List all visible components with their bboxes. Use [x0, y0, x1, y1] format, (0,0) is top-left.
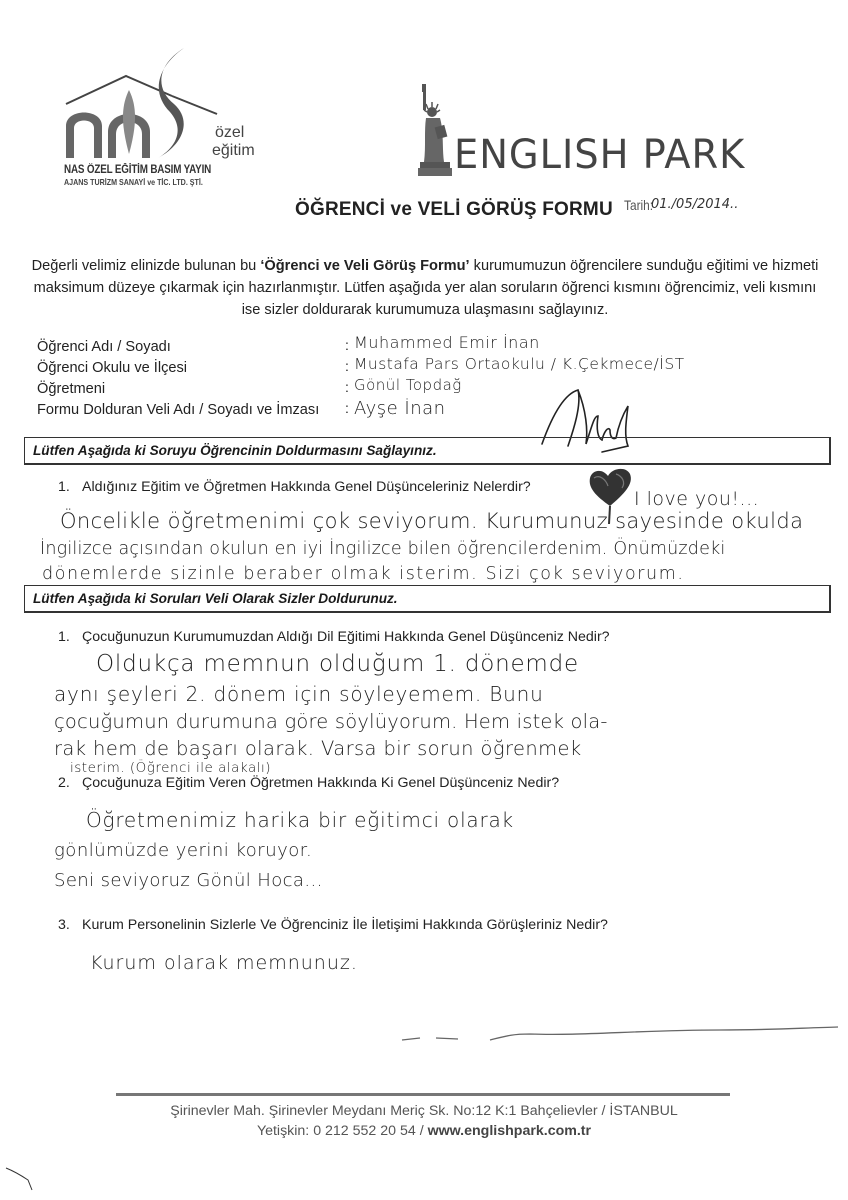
parent-q1-answer-line-5[interactable]: isterim. (Öğrenci ile alakalı) [70, 760, 271, 776]
parent-q2-answer-line-3[interactable]: Seni seviyoruz Gönül Hoca... [54, 870, 323, 891]
footer-divider [116, 1093, 730, 1096]
colon: : [345, 400, 349, 416]
parent-question-2: 2.Çocuğunuza Eğitim Veren Öğretmen Hakkı… [58, 775, 559, 791]
colon: : [345, 358, 349, 374]
question-text: Çocuğunuza Eğitim Veren Öğretmen Hakkınd… [82, 775, 559, 791]
parent-name-value[interactable]: Ayşe İnan [354, 398, 446, 419]
nas-house-icon [62, 46, 232, 166]
student-answer-line-1[interactable]: Öncelikle öğretmenimi çok seviyorum. Kur… [60, 509, 803, 533]
student-note: I love you!... [634, 488, 759, 510]
nas-tag-ozel: özel [215, 124, 244, 142]
student-school-label: Öğrenci Okulu ve İlçesi [37, 360, 187, 376]
date-label: Tarih: [624, 197, 653, 213]
statue-of-liberty-icon [418, 82, 458, 182]
student-answer-line-3[interactable]: dönemlerde sizinle beraber olmak isterim… [42, 564, 685, 584]
colon: : [345, 379, 349, 395]
question-text: Aldığınız Eğitim ve Öğretmen Hakkında Ge… [82, 479, 531, 495]
date-value: 01./05/2014.. [651, 197, 738, 212]
parent-question-3: 3.Kurum Personelinin Sizlerle Ve Öğrenci… [58, 917, 608, 933]
parent-q1-answer-line-4[interactable]: rak hem de başarı olarak. Varsa bir soru… [54, 737, 582, 760]
teacher-value[interactable]: Gönül Topdağ [354, 376, 462, 394]
question-text: Kurum Personelinin Sizlerle Ve Öğrencini… [82, 917, 608, 933]
student-question-1: 1.Aldığınız Eğitim ve Öğretmen Hakkında … [58, 479, 531, 495]
parent-q1-answer-line-1[interactable]: Oldukça memnun olduğum 1. dönemde [96, 651, 579, 677]
student-name-value[interactable]: Muhammed Emir İnan [354, 333, 540, 352]
intro-text-start: Değerli velimiz elinizde bulunan bu [32, 258, 261, 274]
student-section-heading: Lütfen Aşağıda ki Soruyu Öğrencinin Dold… [33, 443, 437, 458]
nas-company-name: NAS ÖZEL EĞİTİM BASIM YAYIN [64, 163, 211, 176]
parent-section-heading: Lütfen Aşağıda ki Soruları Veli Olarak S… [33, 591, 398, 606]
footer-website-link[interactable]: www.englishpark.com.tr [428, 1123, 591, 1139]
intro-form-name: ‘Öğrenci ve Veli Görüş Formu’ [260, 258, 469, 274]
form-title: ÖĞRENCİ ve VELİ GÖRÜŞ FORMU [295, 199, 613, 221]
parent-section-header: Lütfen Aşağıda ki Soruları Veli Olarak S… [24, 585, 831, 613]
student-name-label: Öğrenci Adı / Soyadı [37, 339, 171, 355]
english-park-wordmark: ENGLISH PARK [454, 132, 745, 178]
footer-address: Şirinevler Mah. Şirinevler Meydanı Meriç… [0, 1103, 848, 1119]
question-number: 2. [58, 775, 82, 791]
date-field[interactable]: Tarih: 01./05/2014.. [624, 197, 658, 215]
parent-q1-answer-line-2[interactable]: aynı şeyleri 2. dönem için söyleyemem. B… [54, 682, 544, 706]
footer-contact: Yetişkin: 0 212 552 20 54 / www.englishp… [0, 1123, 848, 1139]
nas-logo: özel eğitim NAS ÖZEL EĞİTİM BASIM YAYIN … [62, 46, 232, 181]
student-section-header: Lütfen Aşağıda ki Soruyu Öğrencinin Dold… [24, 437, 831, 465]
question-number: 1. [58, 629, 82, 645]
question-number: 1. [58, 479, 82, 495]
parent-name-signature-label: Formu Dolduran Veli Adı / Soyadı ve İmza… [37, 402, 319, 418]
question-text: Çocuğunuzun Kurumumuzdan Aldığı Dil Eğit… [82, 629, 610, 645]
english-park-logo: ENGLISH PARK [418, 82, 758, 187]
teacher-label: Öğretmeni [37, 381, 105, 397]
question-number: 3. [58, 917, 82, 933]
parent-q2-answer-line-1[interactable]: Öğretmenimiz harika bir eğitimci olarak [86, 808, 514, 832]
parent-question-1: 1.Çocuğunuzun Kurumumuzdan Aldığı Dil Eğ… [58, 629, 610, 645]
colon: : [345, 337, 349, 353]
nas-tag-egitim: eğitim [212, 142, 255, 160]
nas-company-subtitle: AJANS TURİZM SANAYİ ve TİC. LTD. ŞTİ. [64, 177, 203, 187]
parent-q3-answer-line-1[interactable]: Kurum olarak memnunuz. [90, 952, 358, 974]
student-school-value[interactable]: Mustafa Pars Ortaokulu / K.Çekmece/İST [354, 355, 685, 373]
intro-paragraph: Değerli velimiz elinizde bulunan bu ‘Öğr… [30, 255, 820, 321]
parent-q2-answer-line-2[interactable]: gönlümüzde yerini koruyor. [54, 840, 312, 861]
footer-phone: Yetişkin: 0 212 552 20 54 / [257, 1123, 428, 1139]
parent-q1-answer-line-3[interactable]: çocuğumun durumuna göre söylüyorum. Hem … [54, 710, 608, 733]
student-answer-line-2[interactable]: İngilizce açısından okulun en iyi İngili… [40, 539, 725, 559]
